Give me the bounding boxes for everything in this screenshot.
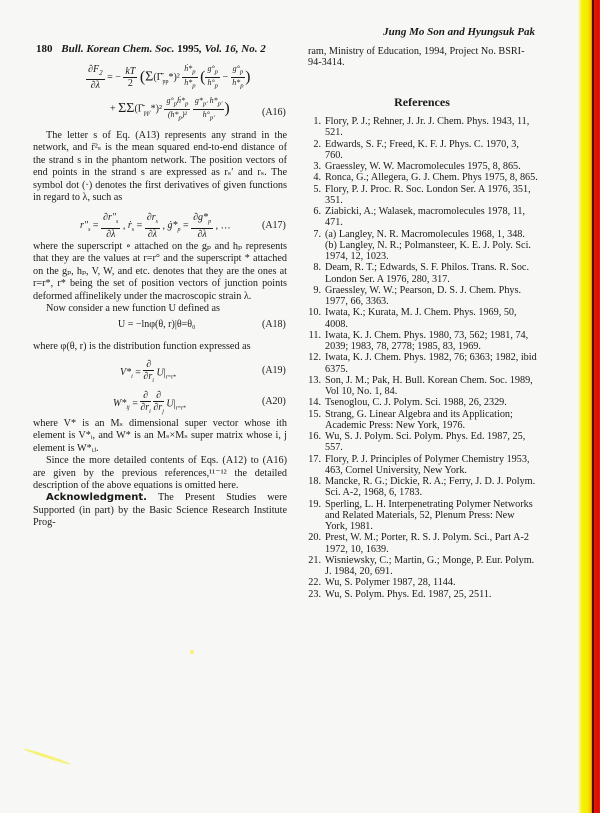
reference-number: 11. (306, 330, 325, 353)
running-header-authors: Jung Mo Son and Hyungsuk Pak (383, 26, 535, 38)
reference-text: Sperling, L. H. Interpenetrating Polymer… (325, 499, 538, 533)
reference-item: 23.Wu, S. Polym. Phys. Ed. 1987, 25, 251… (306, 589, 538, 600)
equation-a17-label: (A17) (262, 220, 286, 231)
equation-a18-label: (A18) (262, 319, 286, 330)
reference-text: Deam, R. T.; Edwards, S. F. Philos. Tran… (325, 262, 538, 285)
reference-text: (a) Langley, N. R. Macromolecules 1968, … (325, 229, 538, 263)
reference-text: Wisniewsky, C.; Martin, G.; Monge, P. Eu… (325, 555, 538, 578)
reference-text: Iwata, K.; Kurata, M. J. Chem. Phys. 196… (325, 307, 538, 330)
reference-number: 2. (306, 139, 325, 162)
reference-item: 3.Graessley, W. W. Macromolecules 1975, … (306, 161, 538, 172)
scan-speck (23, 747, 71, 765)
acknowledgment-continuation: ram, Ministry of Education, 1994, Projec… (308, 46, 538, 68)
acknowledgment: Acknowledgment. The Present Studies were… (33, 492, 287, 529)
reference-text: Iwata, K. J. Chem. Phys. 1980, 73, 562; … (325, 330, 538, 353)
reference-item: 8.Deam, R. T.; Edwards, S. F. Philos. Tr… (306, 262, 538, 285)
reference-item: 5.Flory, P. J. Proc. R. Soc. London Ser.… (306, 184, 538, 207)
reference-text: Edwards, S. F.; Freed, K. F. J. Phys. C.… (325, 139, 538, 162)
reference-item: 22.Wu, S. Polymer 1987, 28, 1144. (306, 577, 538, 588)
reference-number: 8. (306, 262, 325, 285)
reference-item: 18.Mancke, R. G.; Dickie, R. A.; Ferry, … (306, 476, 538, 499)
journal-name: Bull. Korean Chem. Soc. (61, 43, 174, 55)
equation-a20-label: (A20) (262, 396, 286, 407)
left-paragraph-1: The letter s of Eq. (A13) represents any… (33, 130, 287, 204)
reference-text: Strang, G. Linear Algebra and its Applic… (325, 409, 538, 432)
equation-a19-label: (A19) (262, 365, 286, 376)
reference-item: 9.Graessley, W. W.; Pearson, D. S. J. Ch… (306, 285, 538, 308)
reference-number: 15. (306, 409, 325, 432)
reference-item: 20.Prest, W. M.; Porter, R. S. J. Polym.… (306, 532, 538, 555)
reference-text: Wu, S. Polym. Phys. Ed. 1987, 25, 2511. (325, 589, 538, 600)
references-list: 1.Flory, P. J.; Rehner, J. Jr. J. Chem. … (306, 116, 538, 600)
reference-number: 16. (306, 431, 325, 454)
reference-item: 4.Ronca, G.; Allegera, G. J. Chem. Phys … (306, 172, 538, 183)
journal-volume: Vol. 16, No. 2 (205, 43, 266, 55)
reference-number: 18. (306, 476, 325, 499)
reference-text: Graessley, W. W.; Pearson, D. S. J. Chem… (325, 285, 538, 308)
reference-number: 12. (306, 352, 325, 375)
reference-number: 23. (306, 589, 325, 600)
left-paragraph-2: where the superscript ∘ attached on the … (33, 241, 287, 315)
reference-number: 3. (306, 161, 325, 172)
scan-speck (190, 650, 194, 654)
reference-number: 1. (306, 116, 325, 139)
reference-text: Tsenoglou, C. J. Polym. Sci. 1988, 26, 2… (325, 397, 538, 408)
reference-text: Ronca, G.; Allegera, G. J. Chem. Phys 19… (325, 172, 538, 183)
reference-text: Flory, P. J. Principles of Polymer Chemi… (325, 454, 538, 477)
reference-text: Son, J. M.; Pak, H. Bull. Korean Chem. S… (325, 375, 538, 398)
reference-text: Wu, S. Polymer 1987, 28, 1144. (325, 577, 538, 588)
reference-number: 17. (306, 454, 325, 477)
journal-year: 1995 (177, 43, 199, 55)
reference-text: Graessley, W. W. Macromolecules 1975, 8,… (325, 161, 538, 172)
reference-text: Ziabicki, A.; Walasek, macromolecules 19… (325, 206, 538, 229)
reference-number: 10. (306, 307, 325, 330)
reference-item: 12.Iwata, K. J. Chem. Phys. 1982, 76; 63… (306, 352, 538, 375)
reference-number: 7. (306, 229, 325, 263)
page-number: 180 (36, 43, 53, 55)
equation-a16-label: (A16) (262, 107, 286, 118)
equation-a20: W*ij = ∂∂ri ∂∂rj U|r=r* (113, 390, 186, 418)
reference-number: 5. (306, 184, 325, 207)
reference-item: 17.Flory, P. J. Principles of Polymer Ch… (306, 454, 538, 477)
reference-item: 10.Iwata, K.; Kurata, M. J. Chem. Phys. … (306, 307, 538, 330)
reference-item: 11.Iwata, K. J. Chem. Phys. 1980, 73, 56… (306, 330, 538, 353)
left-paragraph-5: where V* is an Mₛ dimensional super vect… (33, 418, 287, 530)
scan-edge-line (592, 0, 594, 813)
reference-number: 19. (306, 499, 325, 533)
equation-a17: r″s = ∂r″s∂λ , ṙs = ∂rs∂λ , ġ*p = ∂g*p∂λ… (80, 212, 231, 240)
reference-text: Mancke, R. G.; Dickie, R. A.; Ferry, J. … (325, 476, 538, 499)
reference-item: 1.Flory, P. J.; Rehner, J. Jr. J. Chem. … (306, 116, 538, 139)
reference-text: Flory, P. J. Proc. R. Soc. London Ser. A… (325, 184, 538, 207)
scan-edge-border (578, 0, 600, 813)
acknowledgment-heading: Acknowledgment. (46, 492, 147, 503)
reference-item: 7.(a) Langley, N. R. Macromolecules 1968… (306, 229, 538, 263)
equation-a18: U = −lnφ(θ, r)|θ=θ₀ (118, 319, 196, 330)
reference-number: 9. (306, 285, 325, 308)
reference-item: 19.Sperling, L. H. Interpenetrating Poly… (306, 499, 538, 533)
references-heading: References (308, 95, 536, 110)
reference-text: Flory, P. J.; Rehner, J. Jr. J. Chem. Ph… (325, 116, 538, 139)
reference-item: 2.Edwards, S. F.; Freed, K. F. J. Phys. … (306, 139, 538, 162)
reference-number: 20. (306, 532, 325, 555)
reference-number: 4. (306, 172, 325, 183)
reference-text: Iwata, K. J. Chem. Phys. 1982, 76; 6363;… (325, 352, 538, 375)
equation-a19: V*i = ∂∂ri U|r=r* (120, 359, 176, 387)
reference-number: 6. (306, 206, 325, 229)
running-header-left: 180 Bull. Korean Chem. Soc. 1995, Vol. 1… (36, 43, 266, 55)
reference-item: 21.Wisniewsky, C.; Martin, G.; Monge, P.… (306, 555, 538, 578)
reference-text: Wu, S. J. Polym. Sci. Polym. Phys. Ed. 1… (325, 431, 538, 454)
reference-item: 15.Strang, G. Linear Algebra and its App… (306, 409, 538, 432)
reference-number: 13. (306, 375, 325, 398)
equation-a16-line1: ∂F2∂λ = − kT2 (Σ(Γ̄pp*)² ḣ*ph*p (g°ph°p … (86, 64, 250, 91)
reference-item: 16.Wu, S. J. Polym. Sci. Polym. Phys. Ed… (306, 431, 538, 454)
reference-number: 14. (306, 397, 325, 408)
equation-a16-line2: + ΣΣ(Γ̄pp'*)² g°pḣ*p(h*p)² g*p' h*p'h°p'… (110, 96, 230, 122)
left-paragraph-4: where φ(θ, r) is the distribution functi… (33, 341, 287, 353)
reference-text: Prest, W. M.; Porter, R. S. J. Polym. Sc… (325, 532, 538, 555)
reference-number: 21. (306, 555, 325, 578)
reference-item: 13.Son, J. M.; Pak, H. Bull. Korean Chem… (306, 375, 538, 398)
reference-number: 22. (306, 577, 325, 588)
reference-item: 6.Ziabicki, A.; Walasek, macromolecules … (306, 206, 538, 229)
reference-item: 14.Tsenoglou, C. J. Polym. Sci. 1988, 26… (306, 397, 538, 408)
